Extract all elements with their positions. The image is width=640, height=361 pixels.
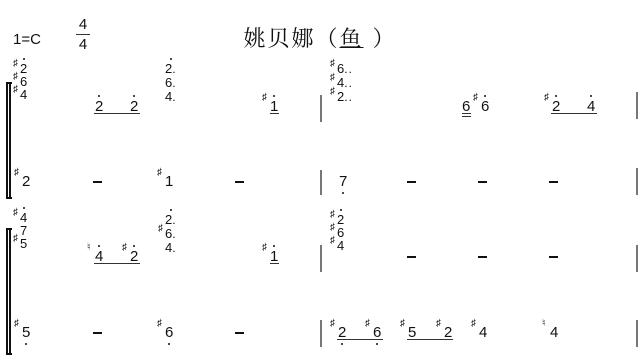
beam-underline: [337, 339, 383, 340]
note: ♯1: [270, 99, 278, 114]
note: ♯5: [408, 325, 416, 340]
sustain-dash: [549, 181, 558, 183]
note: 6.: [165, 76, 177, 90]
barline: [320, 320, 322, 347]
chord-stack: ♯6.. ♯4.. ♯2..: [337, 62, 353, 104]
sustain-dash: [235, 181, 244, 183]
chord-stack: 2. 6. 4.: [165, 62, 177, 104]
note: 2: [95, 99, 103, 114]
system-bracket-upper: [6, 82, 12, 199]
sustain-dash: [407, 256, 416, 258]
note: 4.: [165, 241, 177, 255]
note: ♮4: [95, 249, 103, 264]
note: 4.: [165, 90, 177, 104]
note: ♯2: [22, 174, 30, 189]
song-title: 姚贝娜（鱼 ）: [0, 22, 640, 53]
note: 4: [587, 99, 595, 114]
note: ♯5: [22, 325, 30, 340]
barline: [636, 168, 638, 195]
beam-underline: [94, 263, 140, 264]
note: ♯5: [20, 237, 27, 250]
note: ♯2: [552, 99, 560, 114]
beam-underline: [462, 116, 471, 117]
note: ♮4: [550, 325, 558, 340]
title-underlined: 鱼: [340, 27, 364, 52]
barline: [320, 245, 322, 272]
beam-underline: [270, 113, 279, 114]
sustain-dash: [93, 332, 102, 334]
barline: [320, 170, 322, 195]
chord-stack: ♯4 7 ♯5: [20, 211, 27, 250]
note: ♯4: [479, 325, 487, 340]
barline: [636, 92, 638, 119]
barline: [636, 245, 638, 272]
note: ♯6: [165, 325, 173, 340]
beam-underline: [462, 113, 471, 114]
beam-underline: [94, 113, 140, 114]
note: ♯1: [270, 249, 278, 264]
beam-underline: [407, 339, 453, 340]
sustain-dash: [549, 256, 558, 258]
note: ♯1: [165, 174, 173, 189]
note: ♯6.: [165, 227, 177, 241]
beam-underline: [551, 113, 597, 114]
note: ♯6: [481, 99, 489, 114]
barline: [320, 95, 322, 122]
note: ♯2: [338, 325, 346, 340]
sustain-dash: [407, 181, 416, 183]
title-end: ）: [364, 27, 397, 52]
note: ♯4..: [337, 76, 353, 90]
chord-stack: 2. ♯6. 4.: [165, 213, 177, 255]
note: 2.: [165, 213, 177, 227]
system-bracket-lower: [6, 228, 12, 355]
note: ♯6..: [337, 62, 353, 76]
barline: [636, 320, 638, 347]
sustain-dash: [93, 181, 102, 183]
note: 2: [130, 99, 138, 114]
note: ♯4: [20, 88, 27, 101]
sustain-dash: [478, 181, 487, 183]
beam-underline: [270, 263, 279, 264]
sustain-dash: [478, 256, 487, 258]
sustain-dash: [235, 332, 244, 334]
note: 7: [339, 174, 347, 189]
note: 2.: [165, 62, 177, 76]
note: ♯2: [444, 325, 452, 340]
note: ♯2: [130, 249, 138, 264]
note: ♯6: [373, 325, 381, 340]
note: ♯2..: [337, 90, 353, 104]
note: ♯4: [337, 239, 344, 252]
chord-stack: ♯2 ♯6 ♯4: [20, 62, 27, 101]
note: 6: [462, 99, 470, 114]
title-main: 姚贝娜（: [243, 27, 339, 52]
chord-stack: ♯2 ♯6 ♯4: [337, 213, 344, 252]
